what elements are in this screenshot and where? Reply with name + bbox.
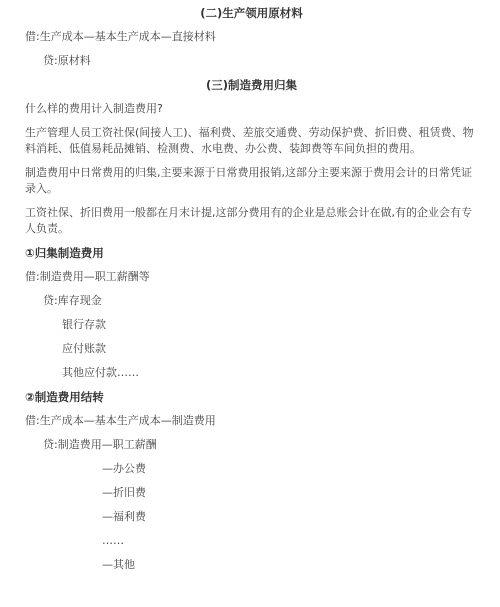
paragraph-monthend-accrual: 工资社保、折旧费用一般都在月末计提,这部分费用有的企业是总账会计在做,有的企业会… (25, 205, 478, 237)
entry-debit-production-cost: 借:生产成本—基本生产成本—直接材料 (25, 29, 478, 45)
section-heading-production-materials: (二)生产领用原材料 (25, 5, 478, 21)
entry-credit-bank-deposit: 银行存款 (25, 317, 478, 333)
entry-credit-other-payables: 其他应付款…… (25, 365, 478, 381)
subheading-overhead-transfer: ②制造费用结转 (25, 389, 478, 405)
entry-credit-accounts-payable: 应付账款 (25, 341, 478, 357)
entry-credit-cash-on-hand: 贷:库存现金 (25, 293, 478, 309)
paragraph-daily-collection: 制造费用中日常费用的归集,主要来源于日常费用报销,这部分主要来源于费用会计的日常… (25, 165, 478, 197)
section-heading-overhead-collection: (三)制造费用归集 (25, 77, 478, 93)
paragraph-expense-types: 生产管理人员工资社保(间接人工)、福利费、差旅交通费、劳动保护费、折旧费、租赁费… (25, 125, 478, 157)
entry-detail-office-expense: —办公费 (25, 461, 478, 477)
entry-detail-welfare-expense: —福利费 (25, 509, 478, 525)
entry-credit-overhead-salary: 贷:制造费用—职工薪酬 (25, 437, 478, 453)
article-document: (二)生产领用原材料 借:生产成本—基本生产成本—直接材料 贷:原材料 (三)制… (0, 0, 500, 607)
entry-detail-depreciation-expense: —折旧费 (25, 485, 478, 501)
subheading-collect-overhead: ①归集制造费用 (25, 245, 478, 261)
paragraph-question: 什么样的费用计入制造费用? (25, 101, 478, 117)
entry-detail-other: —其他 (25, 557, 478, 573)
entry-detail-ellipsis: …… (25, 533, 478, 549)
entry-debit-production-cost-overhead: 借:生产成本—基本生产成本—制造费用 (25, 413, 478, 429)
entry-debit-overhead-salary: 借:制造费用—职工薪酬等 (25, 269, 478, 285)
entry-credit-raw-materials: 贷:原材料 (25, 53, 478, 69)
